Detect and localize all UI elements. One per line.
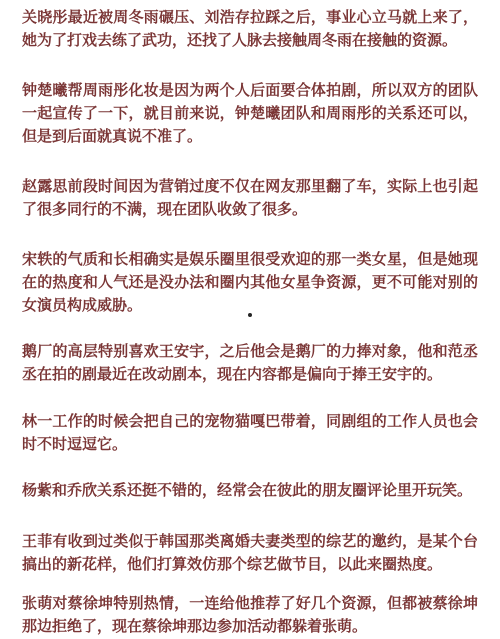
paragraph: 王菲有收到过类似于韩国那类离婚夫妻类型的综艺的邀约，是某个台搞出的新花样，他们打… xyxy=(22,530,478,576)
paragraph: 鹅厂的高层特别喜欢王安宇，之后他会是鹅厂的力捧对象，他和范丞丞在拍的剧最近在改动… xyxy=(22,340,478,386)
paragraph: 林一工作的时候会把自己的宠物猫嘎巴带着，同剧组的工作人员也会时不时逗逗它。 xyxy=(22,410,478,456)
paragraph: 杨紫和乔欣关系还挺不错的，经常会在彼此的朋友圈评论里开玩笑。 xyxy=(22,479,478,502)
article-page: { "page": { "background_color": "#ffffff… xyxy=(0,0,500,639)
paragraph: 钟楚曦帮周雨彤化妆是因为两个人后面要合体拍剧，所以双方的团队一起宣传了一下，就目… xyxy=(22,79,478,148)
separator-dot-icon: . xyxy=(248,313,252,317)
paragraph: 张萌对蔡徐坤特别热情，一连给他推荐了好几个资源，但都被蔡徐坤那边拒绝了，现在蔡徐… xyxy=(22,592,478,638)
paragraph: 赵露思前段时间因为营销过度不仅在网友那里翻了车，实际上也引起了很多同行的不满，现… xyxy=(22,175,478,221)
gossip-article: 关晓彤最近被周冬雨碾压、刘浩存拉踩之后，事业心立马就上来了，她为了打戏去练了武功… xyxy=(22,6,478,638)
paragraph: 关晓彤最近被周冬雨碾压、刘浩存拉踩之后，事业心立马就上来了，她为了打戏去练了武功… xyxy=(22,6,478,52)
paragraph: 宋轶的气质和长相确实是娱乐圈里很受欢迎的那一类女星，但是她现在的热度和人气还是没… xyxy=(22,248,478,317)
